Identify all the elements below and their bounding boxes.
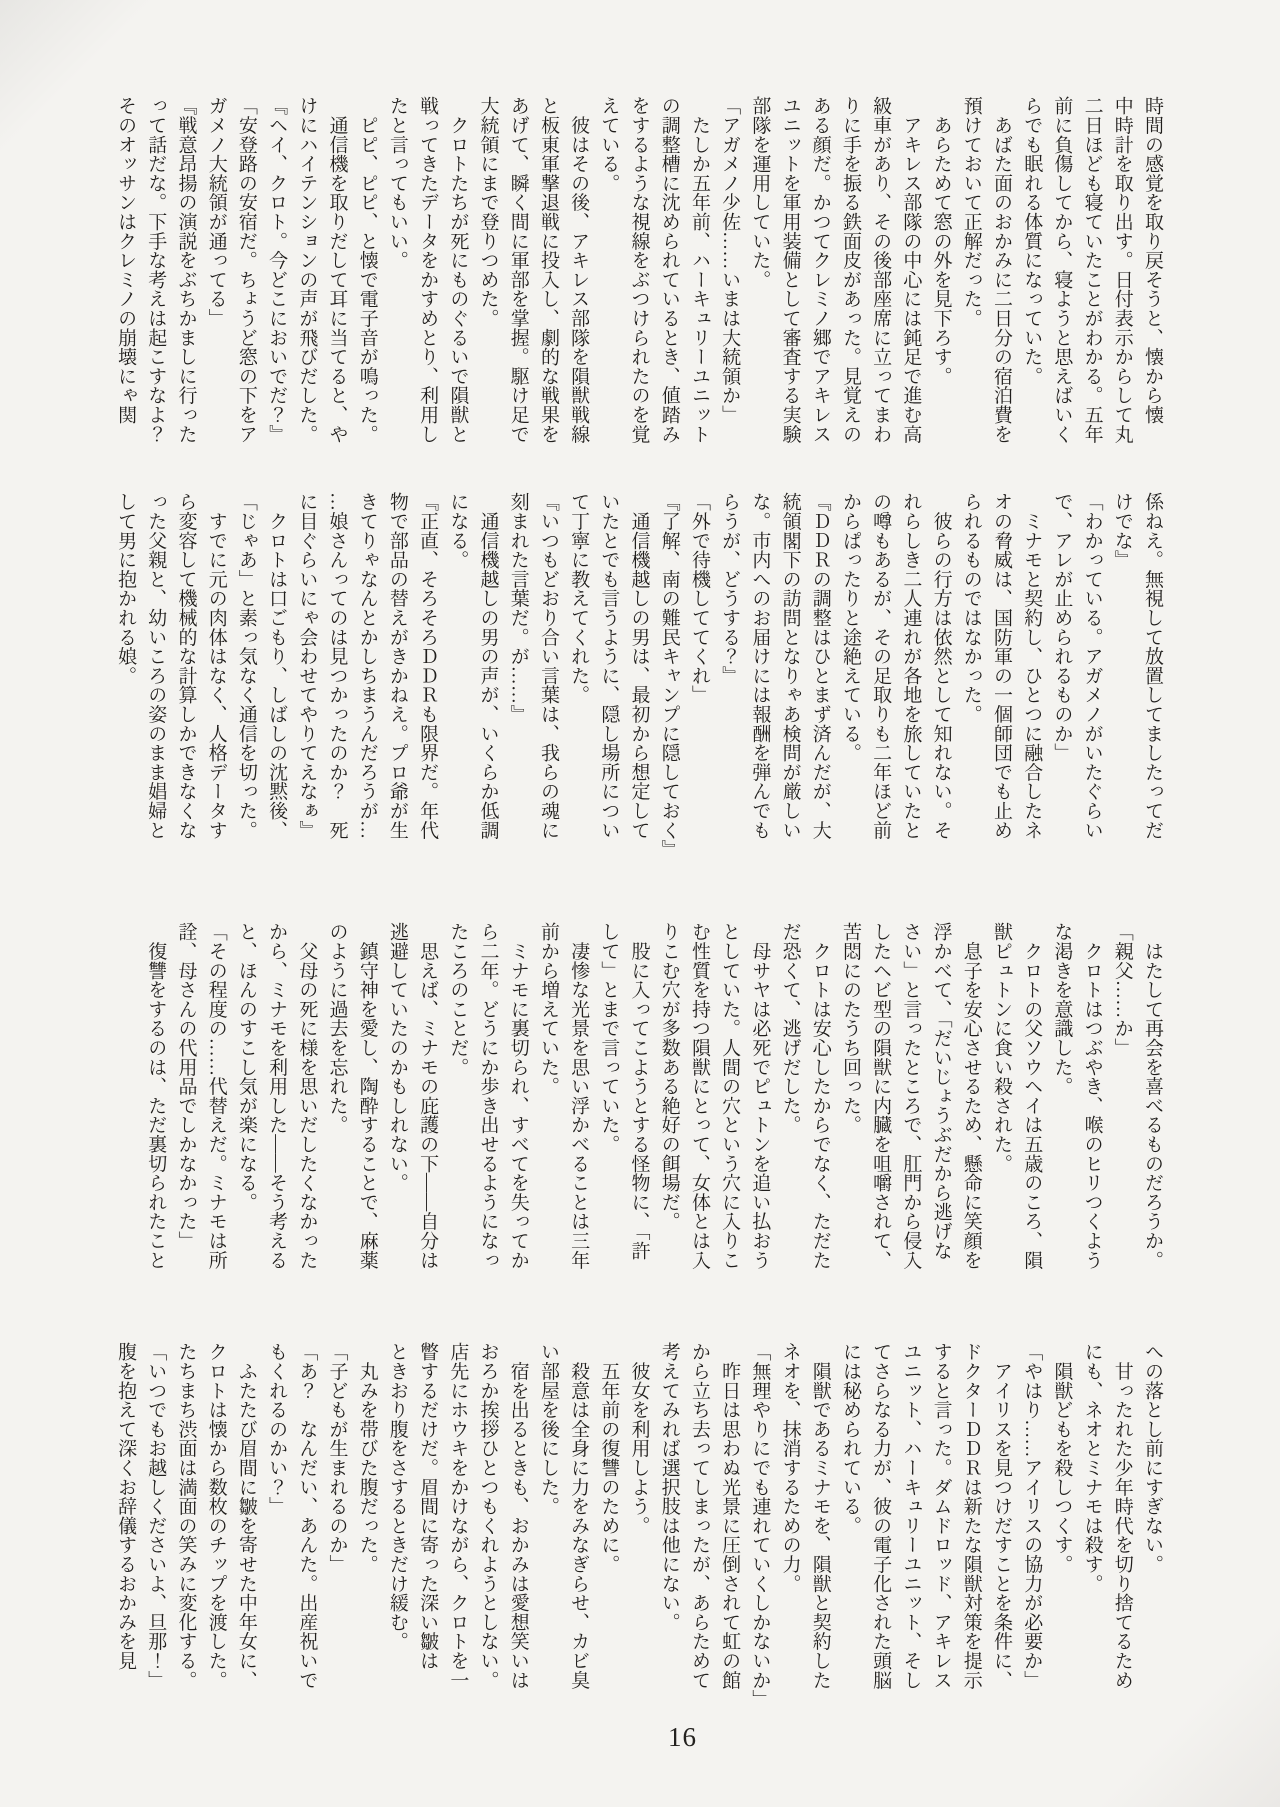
text-column: 「その程度の……代替えだ。ミナモは所 — [201, 922, 231, 1290]
text-column: きてりゃなんとかしちまうんだろうが… — [352, 492, 382, 860]
text-column: 通信機越しの男の声が、いくらか低調 — [472, 492, 502, 860]
text-column: から、ミナモを利用した――そう考える — [261, 922, 291, 1290]
text-column: 『了解、南の難民キャンプに隠しておく』 — [654, 492, 684, 860]
text-column: たと言ってもいい。 — [382, 96, 412, 464]
text-column: あばた面のおかみに二日分の宿泊費を — [986, 96, 1016, 464]
text-column: 部隊を運用していた。 — [744, 96, 774, 464]
text-column: 彼女を利用しよう。 — [623, 1342, 653, 1710]
text-column: 「アガメノ少佐……いまは大統領か」 — [714, 96, 744, 464]
text-column: はたして再会を喜べるものだろうか。 — [1137, 922, 1167, 1290]
text-column: 店先にホウキをかけながら、クロトを一 — [442, 1342, 472, 1710]
text-column: ネオを、抹消するための力。 — [774, 1342, 804, 1710]
text-column: らうが、どうする？』 — [714, 492, 744, 860]
text-column: けでな』 — [1107, 492, 1137, 860]
text-column: したヘビ型の隕獣に内臓を咀嚼されて、 — [865, 922, 895, 1290]
text-column: 戦ってきたデータをかすめとり、利用し — [412, 96, 442, 464]
text-column: ときおり腹をさするときだけ緩む。 — [382, 1342, 412, 1710]
text-column: 前から増えていた。 — [533, 922, 563, 1290]
text-column: ふたたび眉間に皺を寄せた中年女に、 — [231, 1342, 261, 1710]
text-column: クロトはつぶやき、喉のヒリつくよう — [1076, 922, 1106, 1290]
scanned-book-page: { "page": { "page_number": "16", "text_c… — [0, 0, 1280, 1807]
text-column: 彼らの行方は依然として知れない。そ — [925, 492, 955, 860]
text-column: りに手を振る鉄面皮があった。見覚えの — [835, 96, 865, 464]
text-column: れらしき二人連れが各地を旅していたと — [895, 492, 925, 860]
text-column: 宿を出るときも、おかみは愛想笑いは — [503, 1342, 533, 1710]
text-column: クロトの父ソウヘイは五歳のころ、隕 — [1016, 922, 1046, 1290]
text-column: の調整槽に沈められているとき、値踏み — [654, 96, 684, 464]
text-column: …娘さんってのは見つかったのか？ 死 — [321, 492, 351, 860]
text-column: 「わかっている。アガメノがいたぐらい — [1076, 492, 1106, 860]
text-column: 丸みを帯びた腹だった。 — [352, 1342, 382, 1710]
text-column: 逃避していたのかもしれない。 — [382, 922, 412, 1290]
text-column: 級車があり、その後部座席に立ってまわ — [865, 96, 895, 464]
text-column: 刻まれた言葉だ。が……』 — [503, 492, 533, 860]
text-column: ピピ、ピピ、と懐で電子音が鳴った。 — [352, 96, 382, 464]
text-column: だ恐くて、逃げだした。 — [774, 922, 804, 1290]
text-column: あげて、瞬く間に軍部を掌握。駆け足で — [503, 96, 533, 464]
text-column: から立ち去ってしまったが、あらためて — [684, 1342, 714, 1710]
text-column: てさらなる力が、彼の電子化された頭脳 — [865, 1342, 895, 1710]
text-column: たころのことだ。 — [442, 922, 472, 1290]
text-column: られるものではなかった。 — [956, 492, 986, 860]
text-column: て丁寧に教えてくれた。 — [563, 492, 593, 860]
text-column: には秘められている。 — [835, 1342, 865, 1710]
text-column: 彼はその後、アキレス部隊を隕獣戦線 — [563, 96, 593, 464]
text-column: 「子どもが生まれるのか」 — [321, 1342, 351, 1710]
text-column: すると言った。ダムドロッド、アキレス — [925, 1342, 955, 1710]
text-column: ある顔だ。かつてクレミノ郷でアキレス — [805, 96, 835, 464]
text-column: 『正直、そろそろＤＤＲも限界だ。年代 — [412, 492, 442, 860]
text-column: 五年前の復讐のために。 — [593, 1342, 623, 1710]
text-column: い部屋を後にした。 — [533, 1342, 563, 1710]
text-column: 腹を抱えて深くお辞儀するおかみを見 — [110, 1342, 140, 1710]
text-column: 苦悶にのたうち回った。 — [835, 922, 865, 1290]
text-column: けにハイテンションの声が飛びだした。 — [291, 96, 321, 464]
text-column: クロトたちが死にものぐるいで隕獣と — [442, 96, 472, 464]
text-column: に目ぐらいにゃ会わせてやりてえなぁ』 — [291, 492, 321, 860]
text-column: オの脅威は、国防軍の一個師団でも止め — [986, 492, 1016, 860]
text-column: おろか挨拶ひとつもくれようとしない。 — [472, 1342, 502, 1710]
text-column: な渇きを意識した。 — [1046, 922, 1076, 1290]
text-column: 「安登路の安宿だ。ちょうど窓の下をア — [231, 96, 261, 464]
text-column: 殺意は全身に力をみなぎらせ、カビ臭 — [563, 1342, 593, 1710]
text-column: と板東軍撃退戦に投入し、劇的な戦果を — [533, 96, 563, 464]
text-column: 股に入ってこようとする怪物に、「許 — [623, 922, 653, 1290]
text-column: あらためて窓の外を見下ろす。 — [925, 96, 955, 464]
text-column: への落とし前にすぎない。 — [1137, 1342, 1167, 1710]
text-column: たちまち渋面は満面の笑みに変化する。 — [170, 1342, 200, 1710]
text-column: 「いつでもお越しくださいよ、旦那！」 — [140, 1342, 170, 1710]
text-column: 甘ったれた少年時代を切り捨てるため — [1107, 1342, 1137, 1710]
text-column: の噂もあるが、その足取りも二年ほど前 — [865, 492, 895, 860]
text-column: のように過去を忘れた。 — [321, 922, 351, 1290]
text-column: 「親父……か」 — [1107, 922, 1137, 1290]
text-column: 浮かべて、「だいじょうぶだから逃げな — [925, 922, 955, 1290]
text-column: 「やはり……アイリスの協力が必要か」 — [1016, 1342, 1046, 1710]
text-column: ら二年。どうにか歩き出せるようになっ — [472, 922, 502, 1290]
text-column: 復讐をするのは、ただ裏切られたこと — [140, 922, 170, 1290]
text-band-3: はたして再会を喜べるものだろうか。「親父……か」 クロトはつぶやき、喉のヒリつく… — [140, 922, 1167, 1290]
text-band-2: 係ねえ。無視して放置してましたってだけでな』「わかっている。アガメノがいたぐらい… — [110, 492, 1167, 860]
text-column: 凄惨な光景を思い浮かべることは三年 — [563, 922, 593, 1290]
page-number: 16 — [668, 1722, 697, 1753]
text-column: と、ほんのすこし気が楽になる。 — [231, 922, 261, 1290]
text-band-1: 時間の感覚を取り戻そうと、懐から懐中時計を取り出す。日付表示からして丸二日ほども… — [110, 96, 1167, 464]
text-column: 昨日は思わぬ光景に圧倒されて虹の館 — [714, 1342, 744, 1710]
text-column: たしか五年前、ハーキュリーユニット — [684, 96, 714, 464]
text-column: アイリスを見つけだすことを条件に、 — [986, 1342, 1016, 1710]
text-column: ユニットを軍用装備として審査する実験 — [774, 96, 804, 464]
text-column: 息子を安心させるため、懸命に笑顔を — [956, 922, 986, 1290]
text-column: 『ヘイ、クロト。今どこにおいでだ？』 — [261, 96, 291, 464]
text-column: にも、ネオとミナモは殺す。 — [1076, 1342, 1106, 1710]
text-column: いたとでも言うように、隠し場所につい — [593, 492, 623, 860]
text-column: 獣ピュトンに食い殺された。 — [986, 922, 1016, 1290]
text-column: 『戦意昂揚の演説をぶちかましに行った — [170, 96, 200, 464]
text-column: 母サヤは必死でピュトンを追い払おう — [744, 922, 774, 1290]
text-column: ミナモに裏切られ、すべてを失ってか — [503, 922, 533, 1290]
text-column: む性質を持つ隕獣にとって、女体とは入 — [684, 922, 714, 1290]
text-column: して」とまで言っていた。 — [593, 922, 623, 1290]
text-column: ミナモと契約し、ひとつに融合したネ — [1016, 492, 1046, 860]
text-column: 思えば、ミナモの庇護の下――自分は — [412, 922, 442, 1290]
text-column: をするような視線をぶつけられたのを覚 — [623, 96, 653, 464]
text-column: すでに元の肉体はなく、人格データす — [201, 492, 231, 860]
text-column: そのオッサンはクレミノの崩壊にゃ関 — [110, 96, 140, 464]
text-column: 通信機越しの男は、最初から想定して — [623, 492, 653, 860]
text-column: になる。 — [442, 492, 472, 860]
text-column: 二日ほども寝ていたことがわかる。五年 — [1076, 96, 1106, 464]
text-column: 鎮守神を愛し、陶酔することで、麻薬 — [352, 922, 382, 1290]
text-band-4: への落とし前にすぎない。 甘ったれた少年時代を切り捨てるためにも、ネオとミナモは… — [110, 1342, 1167, 1710]
text-column: 前に負傷してから、寝ようと思えばいく — [1046, 96, 1076, 464]
text-column: な。市内へのお届けには報酬を弾んでも — [744, 492, 774, 860]
text-column: 通信機を取りだして耳に当てると、や — [321, 96, 351, 464]
text-column: りこむ穴が多数ある絶好の餌場だ。 — [654, 922, 684, 1290]
text-column: 瞥するだけだ。眉間に寄った深い皺は — [412, 1342, 442, 1710]
text-column: からぱったりと途絶えている。 — [835, 492, 865, 860]
text-column: クロトは口ごもり、しばしの沈黙後、 — [261, 492, 291, 860]
text-column: 考えてみれば選択肢は他にない。 — [654, 1342, 684, 1710]
text-column: ユニット、ハーキュリーユニット、そし — [895, 1342, 925, 1710]
text-column: 「あ？ なんだい、あんた。出産祝いで — [291, 1342, 321, 1710]
text-column: 「じゃあ」と素っ気なく通信を切った。 — [231, 492, 261, 860]
text-column: アキレス部隊の中心には鈍足で進む高 — [895, 96, 925, 464]
text-column: ら変容して機械的な計算しかできなくな — [170, 492, 200, 860]
text-column: もくれるのかい？」 — [261, 1342, 291, 1710]
text-column: 係ねえ。無視して放置してましたってだ — [1137, 492, 1167, 860]
text-column: としていた。人間の穴という穴に入りこ — [714, 922, 744, 1290]
text-column: で、アレが止められるものか」 — [1046, 492, 1076, 860]
text-column: 中時計を取り出す。日付表示からして丸 — [1107, 96, 1137, 464]
text-column: 隕獣であるミナモを、隕獣と契約した — [805, 1342, 835, 1710]
text-column: 「無理やりにでも連れていくしかないか」 — [744, 1342, 774, 1710]
text-column: クロトは懐から数枚のチップを渡した。 — [201, 1342, 231, 1710]
text-column: 時間の感覚を取り戻そうと、懐から懐 — [1137, 96, 1167, 464]
text-column: 『ＤＤＲの調整はひとまず済んだが、大 — [805, 492, 835, 860]
text-column: えている。 — [593, 96, 623, 464]
text-column: ドクターＤＤＲは新たな隕獣対策を提示 — [956, 1342, 986, 1710]
text-column: クロトは安心したからでなく、ただた — [805, 922, 835, 1290]
text-column: 統領閣下の訪問となりゃあ検問が厳しい — [774, 492, 804, 860]
text-column: 隕獣どもを殺しつくす。 — [1046, 1342, 1076, 1710]
text-column: って話だな。下手な考えは起こすなよ？ — [140, 96, 170, 464]
text-column: 物で部品の替えがきかねえ。プロ爺が生 — [382, 492, 412, 860]
text-column: 『いつもどおり合い言葉は、我らの魂に — [533, 492, 563, 860]
text-column: して男に抱かれる娘。 — [110, 492, 140, 860]
text-column: 預けておいて正解だった。 — [956, 96, 986, 464]
text-column: さい」と言ったところで、肛門から侵入 — [895, 922, 925, 1290]
text-column: 大統領にまで登りつめた。 — [472, 96, 502, 464]
text-column: らでも眠れる体質になっていた。 — [1016, 96, 1046, 464]
text-column: った父親と、幼いころの姿のまま娼婦と — [140, 492, 170, 860]
text-column: ガメノ大統領が通ってる」 — [201, 96, 231, 464]
text-column: 「外で待機しててくれ」 — [684, 492, 714, 860]
text-column: 父母の死に様を思いだしたくなかった — [291, 922, 321, 1290]
text-column: 詮、母さんの代用品でしかなかった」 — [170, 922, 200, 1290]
